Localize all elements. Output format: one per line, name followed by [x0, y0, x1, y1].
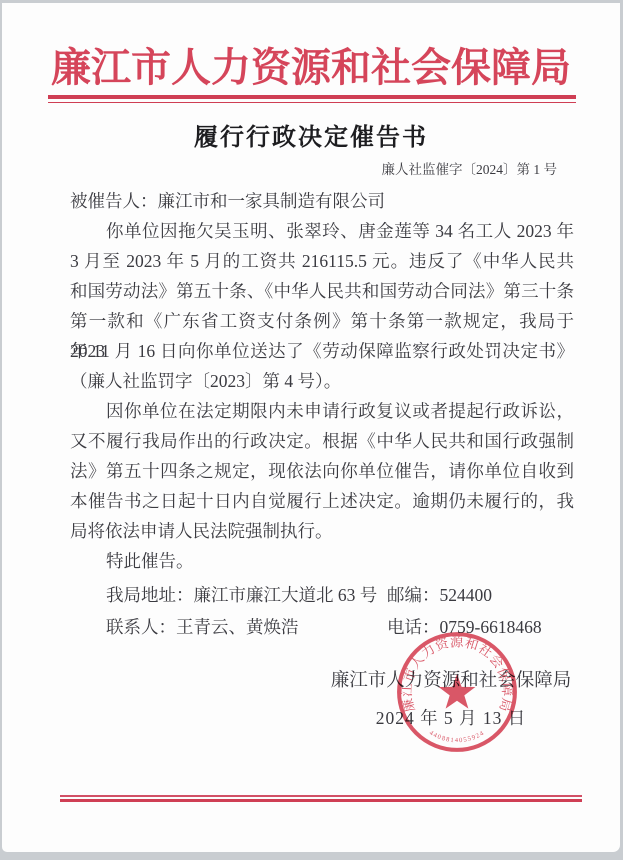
header-rule-thick	[48, 95, 576, 99]
seal-code-arc: 4408814055924	[428, 730, 486, 745]
document-body: 被催告人：廉江市和一家具制造有限公司 你单位因拖欠吴玉明、张翠玲、唐金莲等 34…	[70, 186, 574, 643]
postal-code: 邮编：524400	[387, 579, 492, 611]
signature-block: 廉江市人力资源和社会保障局 2024 年 5 月 13 日	[320, 666, 582, 730]
body-line: 因你单位在法定期限内未申请行政复议或者提起行政诉讼，	[70, 396, 574, 426]
agency-name: 廉江市人力资源和社会保障局	[2, 36, 620, 93]
document-number: 廉人社监催字〔2024〕第 1 号	[2, 158, 557, 178]
body-line: 你单位因拖欠吴玉明、张翠玲、唐金莲等 34 名工人 2023 年	[70, 216, 574, 246]
contact-row: 联系人：王青云、黄焕浩 电话：0759-6618468	[70, 611, 574, 643]
contact-person: 联系人：王青云、黄焕浩	[70, 617, 299, 637]
body-line: 和国劳动法》第五十条、《中华人民共和国劳动合同法》第三十条	[70, 276, 574, 306]
body-line: 被催告人：廉江市和一家具制造有限公司	[70, 186, 574, 216]
body-line: 又不履行我局作出的行政决定。根据《中华人民共和国行政强制	[70, 426, 574, 456]
body-line: 第一款和《广东省工资支付条例》第十条第一款规定，我局于 2023	[70, 306, 574, 336]
office-address: 我局地址：廉江市廉江大道北 63 号	[70, 585, 377, 605]
contact-row: 我局地址：廉江市廉江大道北 63 号 邮编：524400	[70, 579, 574, 611]
phone-number: 电话：0759-6618468	[387, 611, 542, 643]
body-line: 年 11 月 16 日向你单位送达了《劳动保障监察行政处罚决定书》	[70, 336, 574, 366]
footer-rule-thin	[60, 795, 582, 797]
header-rule-thin	[48, 102, 576, 104]
scanned-document: { "header": { "agency": "廉江市人力资源和社会保障局",…	[0, 0, 623, 860]
signature-org: 廉江市人力资源和社会保障局	[320, 666, 582, 692]
footer-rule-thick	[60, 799, 582, 802]
body-line: 特此催告。	[70, 546, 574, 576]
body-line: 法》第五十四条之规定，现依法向你单位催告，请你单位自收到	[70, 456, 574, 486]
document-page: 廉江市人力资源和社会保障局 履行行政决定催告书 廉人社监催字〔2024〕第 1 …	[2, 3, 620, 852]
body-line: （廉人社监罚字〔2023〕第 4 号）。	[70, 366, 574, 396]
signature-date: 2024 年 5 月 13 日	[320, 705, 582, 730]
svg-text:4408814055924: 4408814055924	[428, 730, 486, 745]
body-line: 本催告书之日起十日内自觉履行上述决定。逾期仍未履行的，我	[70, 486, 574, 516]
body-line: 3 月至 2023 年 5 月的工资共 216115.5 元。违反了《中华人民共	[70, 246, 574, 276]
document-title: 履行行政决定催告书	[2, 117, 620, 152]
body-line: 局将依法申请人民法院强制执行。	[70, 516, 574, 546]
